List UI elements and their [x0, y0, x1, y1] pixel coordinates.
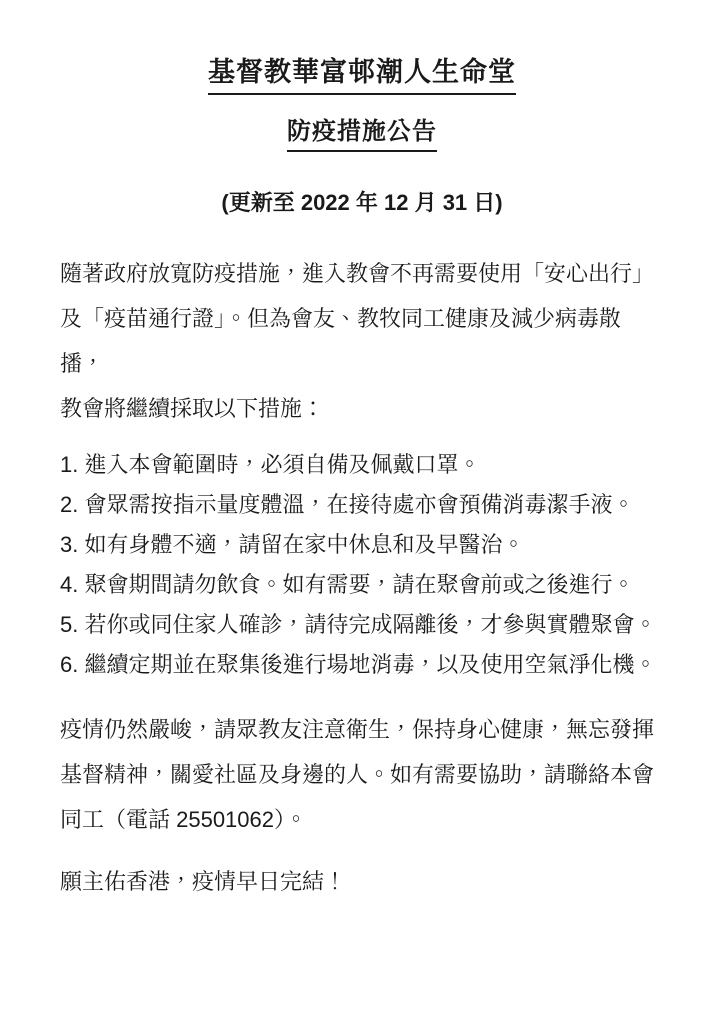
update-date: (更新至 2022 年 12 月 31 日) [60, 186, 664, 217]
measure-item-1: 1. 進入本會範圍時，必須自備及佩戴口罩。 [60, 445, 664, 485]
measure-item-6: 6. 繼續定期並在聚集後進行場地消毒，以及使用空氣淨化機。 [60, 645, 664, 685]
closing-paragraph: 疫情仍然嚴峻，請眾教友注意衛生，保持身心健康，無忘發揮 基督精神，關愛社區及身邊… [60, 707, 664, 842]
measure-item-5: 5. 若你或同住家人確診，請待完成隔離後，才參與實體聚會。 [60, 605, 664, 645]
document-subtitle: 防疫措施公告 [60, 117, 664, 152]
document-subtitle-text: 防疫措施公告 [287, 117, 437, 152]
measures-list: 1. 進入本會範圍時，必須自備及佩戴口罩。 2. 會眾需按指示量度體溫，在接待處… [60, 445, 664, 685]
intro-paragraph: 隨著政府放寬防疫措施，進入教會不再需要使用「安心出行」 及「疫苗通行證」。但為會… [60, 251, 664, 431]
measure-item-3: 3. 如有身體不適，請留在家中休息和及早醫治。 [60, 525, 664, 565]
document-title: 基督教華富邨潮人生命堂 [60, 56, 664, 95]
document-page: 基督教華富邨潮人生命堂 防疫措施公告 (更新至 2022 年 12 月 31 日… [0, 0, 724, 1024]
measure-item-2: 2. 會眾需按指示量度體溫，在接待處亦會預備消毒潔手液。 [60, 485, 664, 525]
measure-item-4: 4. 聚會期間請勿飲食。如有需要，請在聚會前或之後進行。 [60, 565, 664, 605]
document-title-text: 基督教華富邨潮人生命堂 [208, 56, 516, 95]
blessing-line: 願主佑香港，疫情早日完結！ [60, 866, 664, 898]
